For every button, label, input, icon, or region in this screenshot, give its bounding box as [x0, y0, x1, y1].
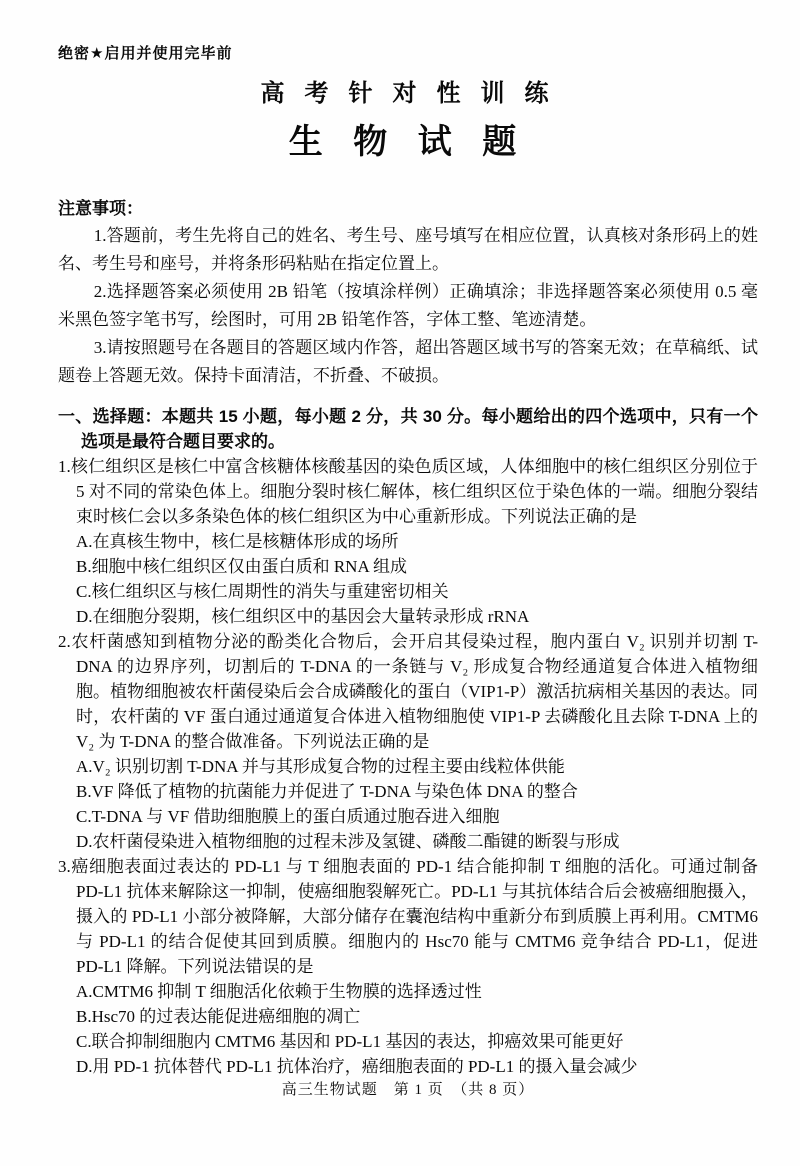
exam-series-title: 高 考 针 对 性 训 练: [58, 78, 758, 110]
notice-list: 1.答题前，考生先将自己的姓名、考生号、座号填写在相应位置，认真核对条形码上的姓…: [58, 222, 758, 390]
notice-heading: 注意事项：: [58, 196, 758, 222]
question-2-option-C: C.T-DNA 与 VF 借助细胞膜上的蛋白质通过胞吞进入细胞: [76, 804, 758, 829]
question-1-option-A: A.在真核生物中，核仁是核糖体形成的场所: [76, 529, 758, 554]
question-1-option-D: D.在细胞分裂期，核仁组织区中的基因会大量转录形成 rRNA: [76, 604, 758, 629]
question-1-stem: 1.核仁组织区是核仁中富含核糖体核酸基因的染色质区域，人体细胞中的核仁组织区分别…: [76, 454, 758, 529]
question-3-option-B: B.Hsc70 的过表达能促进癌细胞的凋亡: [76, 1004, 758, 1029]
security-notice: 绝密★启用并使用完毕前: [58, 44, 758, 64]
question-2-stem: 2.农杆菌感知到植物分泌的酚类化合物后，会开启其侵染过程，胞内蛋白 V₂ 识别并…: [76, 629, 758, 754]
question-2: 2.农杆菌感知到植物分泌的酚类化合物后，会开启其侵染过程，胞内蛋白 V₂ 识别并…: [58, 629, 758, 854]
question-1-option-B: B.细胞中核仁组织区仅由蛋白质和 RNA 组成: [76, 554, 758, 579]
question-3: 3.癌细胞表面过表达的 PD-L1 与 T 细胞表面的 PD-1 结合能抑制 T…: [58, 854, 758, 1079]
question-2-option-B: B.VF 降低了植物的抗菌能力并促进了 T-DNA 与染色体 DNA 的整合: [76, 779, 758, 804]
notice-item-3: 3.请按照题号在各题目的答题区域内作答，超出答题区域书写的答案无效；在草稿纸、试…: [58, 334, 758, 390]
section-header: 一、选择题：本题共 15 小题，每小题 2 分，共 30 分。每小题给出的四个选…: [58, 404, 758, 454]
question-3-option-D: D.用 PD-1 抗体替代 PD-L1 抗体治疗，癌细胞表面的 PD-L1 的摄…: [76, 1054, 758, 1079]
question-2-option-A: A.V₂ 识别切割 T-DNA 并与其形成复合物的过程主要由线粒体供能: [76, 754, 758, 779]
question-2-option-D: D.农杆菌侵染进入植物细胞的过程未涉及氢键、磷酸二酯键的断裂与形成: [76, 829, 758, 854]
page-footer: 高三生物试题 第 1 页 （共 8 页）: [58, 1080, 758, 1100]
question-1: 1.核仁组织区是核仁中富含核糖体核酸基因的染色质区域，人体细胞中的核仁组织区分别…: [58, 454, 758, 629]
question-list: 1.核仁组织区是核仁中富含核糖体核酸基因的染色质区域，人体细胞中的核仁组织区分别…: [58, 454, 758, 1079]
question-1-option-C: C.核仁组织区与核仁周期性的消失与重建密切相关: [76, 579, 758, 604]
notice-item-2: 2.选择题答案必须使用 2B 铅笔（按填涂样例）正确填涂；非选择题答案必须使用 …: [58, 278, 758, 334]
exam-paper-page: 绝密★启用并使用完毕前 高 考 针 对 性 训 练 生 物 试 题 注意事项： …: [0, 0, 800, 1166]
question-3-stem: 3.癌细胞表面过表达的 PD-L1 与 T 细胞表面的 PD-1 结合能抑制 T…: [76, 854, 758, 979]
question-3-option-C: C.联合抑制细胞内 CMTM6 基因和 PD-L1 基因的表达，抑癌效果可能更好: [76, 1029, 758, 1054]
exam-subject-title: 生 物 试 题: [58, 120, 758, 166]
notice-item-1: 1.答题前，考生先将自己的姓名、考生号、座号填写在相应位置，认真核对条形码上的姓…: [58, 222, 758, 278]
question-3-option-A: A.CMTM6 抑制 T 细胞活化依赖于生物膜的选择透过性: [76, 979, 758, 1004]
